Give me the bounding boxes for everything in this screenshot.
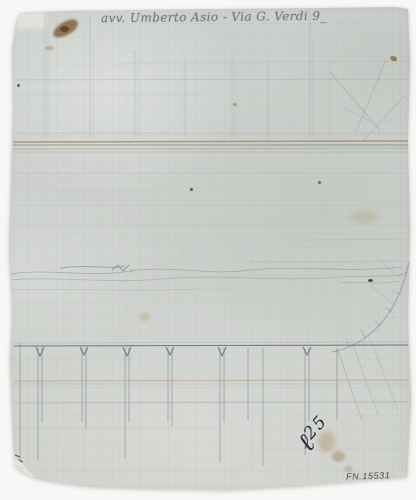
price-mark-symbol: ℓ — [292, 429, 322, 457]
stain-top-left-main — [51, 17, 81, 41]
tear-mark — [14, 455, 24, 469]
ink-price-mark: ℓ25 — [292, 410, 339, 457]
stain-right-middle — [350, 211, 378, 223]
scan-of-drawing: avv. Umberto Asio - Via G. Verdi 9_ ℓ25 … — [0, 0, 416, 500]
speck-arc — [368, 279, 373, 282]
stain-bottom-right-2 — [332, 451, 345, 462]
pencil-linework — [0, 0, 416, 500]
stain-tan-round — [139, 313, 150, 321]
paper-light-patch — [16, 10, 47, 29]
speck-top-mid — [233, 103, 237, 106]
stain-tan-small — [129, 269, 134, 273]
speck-left — [17, 84, 20, 87]
stain-bottom-right-3 — [344, 466, 353, 472]
speck-mid — [190, 188, 193, 191]
paper-shadow-wrap: avv. Umberto Asio - Via G. Verdi 9_ ℓ25 … — [0, 0, 416, 500]
stain-top-left-minor — [45, 46, 54, 50]
speck-top-right — [389, 55, 398, 63]
stain-top-left-core — [60, 26, 69, 32]
bottom-left-tear — [9, 451, 35, 479]
top-handwritten-address: avv. Umberto Asio - Via G. Verdi 9_ — [101, 9, 327, 25]
stain-bottom-right-1 — [318, 431, 335, 452]
speck-mid-right — [318, 181, 321, 184]
drawing-sheet: avv. Umberto Asio - Via G. Verdi 9_ ℓ25 … — [0, 0, 416, 500]
inventory-number: FN.15531 — [346, 470, 391, 482]
price-mark-value: 25 — [300, 411, 332, 443]
